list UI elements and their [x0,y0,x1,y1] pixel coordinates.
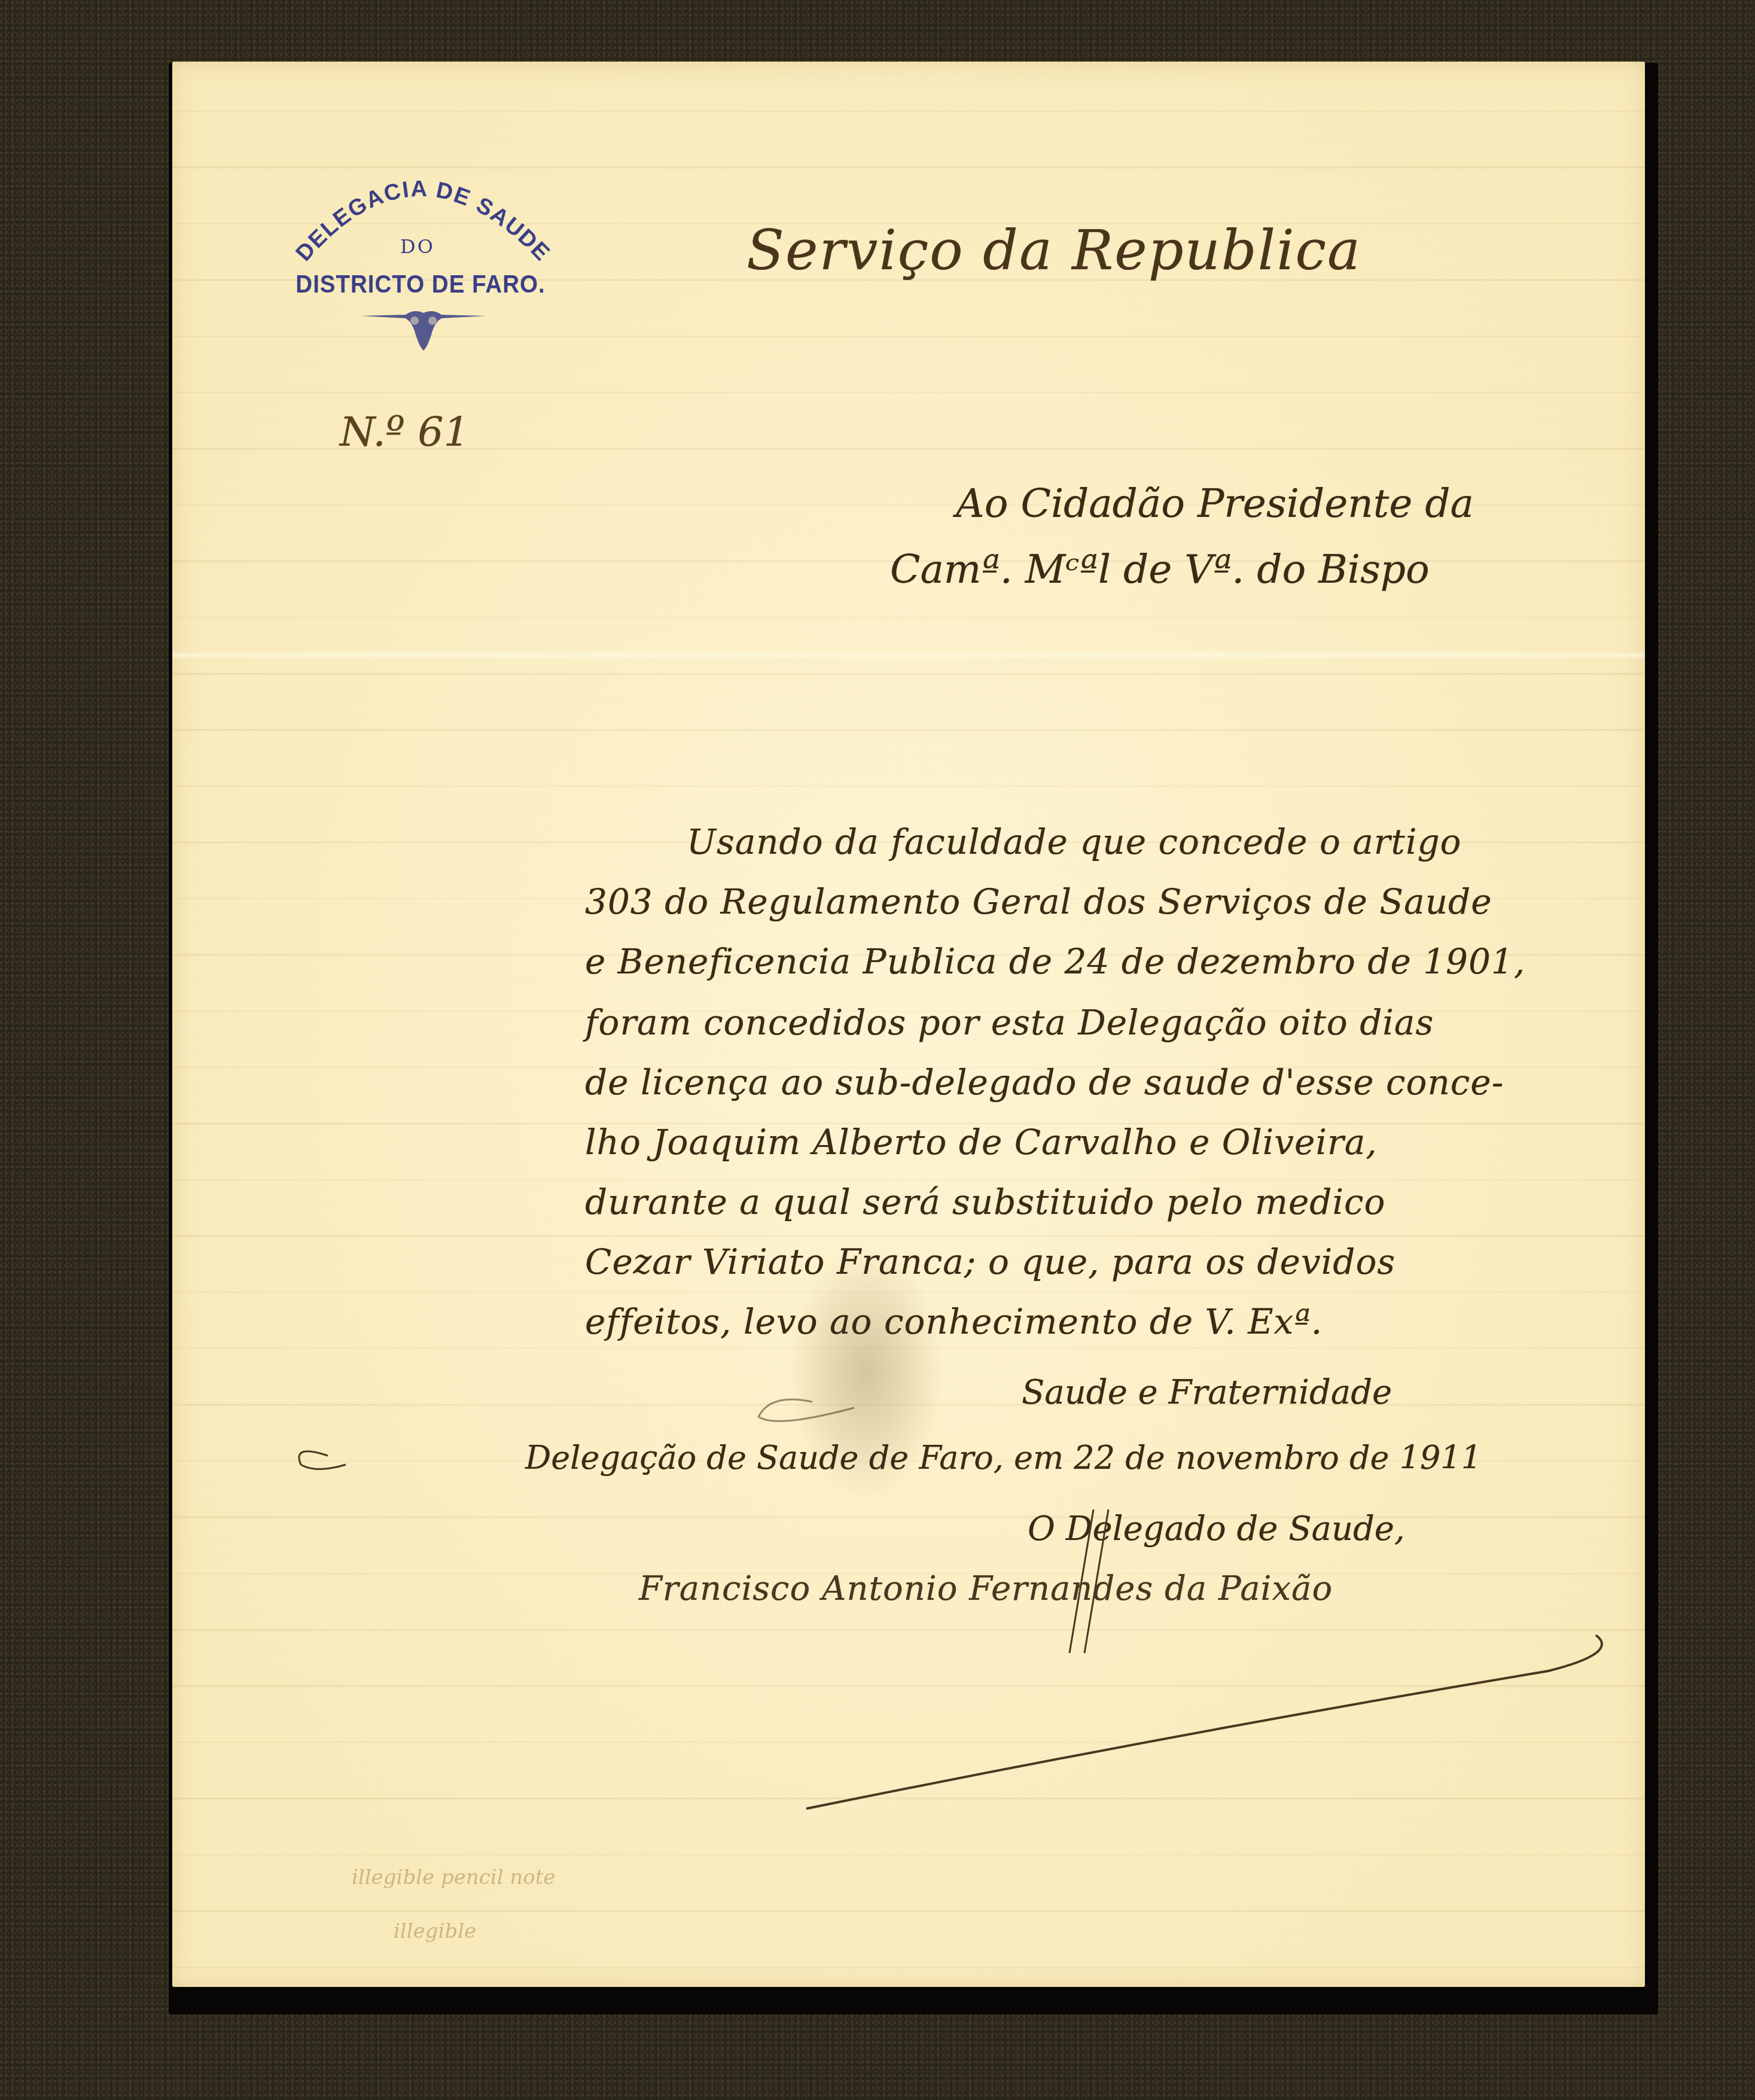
body-line-8: Cezar Viriato Franca; o que, para os dev… [585,1241,1396,1282]
paper-fold-line [172,651,1645,659]
letter-sheet: DELEGACIA DE SAUDE DO DISTRICTO DE FARO.… [172,62,1645,1987]
faint-note-line-2: illegible [352,1904,555,1958]
body-line-7: durante a qual será substituido pelo med… [585,1182,1385,1222]
signature: Francisco Antonio Fernandes da Paixão [639,1569,1333,1608]
stamp-middle-text: DO [262,235,573,258]
body-line-4: foram concedidos por esta Delegação oito… [585,1002,1434,1043]
stamp-ornament-icon [358,304,489,352]
faint-pencil-note: illegible pencil note illegible [352,1851,555,1958]
closing-salutation: Saude e Fraternidade [1022,1373,1392,1412]
body-line-5: de licença ao sub-delegado de saude d'es… [585,1062,1504,1103]
official-stamp: DELEGACIA DE SAUDE DO DISTRICTO DE FARO. [262,151,573,349]
place-and-date: Delegação de Saude de Faro, em 22 de nov… [525,1439,1482,1477]
faint-note-line-1: illegible pencil note [352,1851,555,1904]
body-line-2: 303 do Regulamento Geral dos Serviços de… [585,881,1492,922]
addressee-line-1: Ao Cidadão Presidente da [956,480,1474,526]
body-line-3: e Beneficencia Publica de 24 de dezembro… [585,941,1525,982]
reference-number: N.º 61 [340,409,470,456]
body-line-6: lho Joaquim Alberto de Carvalho e Olivei… [585,1122,1378,1162]
body-line-1: Usando da faculdade que concede o artigo [687,821,1462,862]
letter-heading: Serviço da Republica [747,218,1361,282]
body-line-9: effeitos, levo ao conhecimento de V. Exª… [585,1301,1323,1342]
stamp-district-text: DISTRICTO DE FARO. [286,270,556,299]
signer-title: O Delegado de Saude, [1028,1509,1405,1548]
addressee-line-2: Camª. Mᶜªl de Vª. do Bispo [890,546,1430,592]
